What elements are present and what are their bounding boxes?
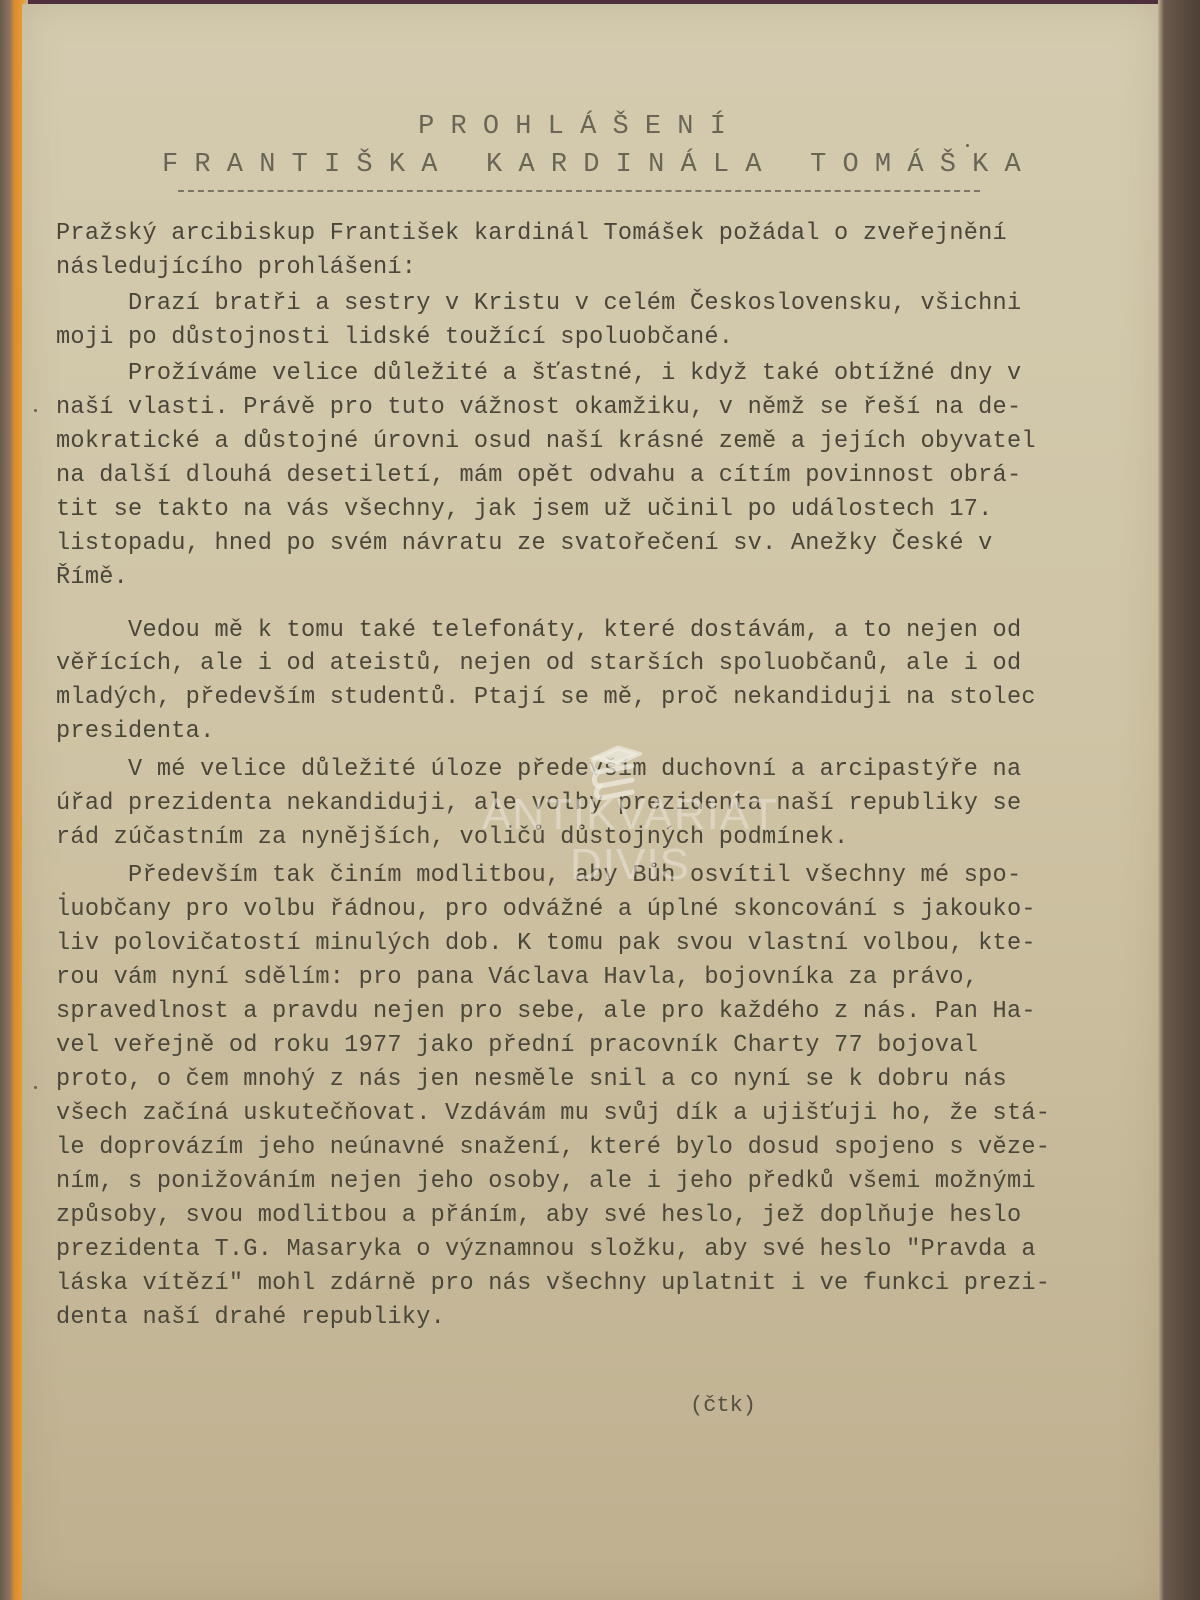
document-line: Vedou mě k tomu také telefonáty, které d… bbox=[56, 617, 1021, 644]
document-line: Pražský arcibiskup František kardinál To… bbox=[56, 220, 1007, 247]
document-line: následujícího prohlášení: bbox=[56, 254, 416, 281]
title-underline bbox=[178, 190, 980, 192]
photo-backdrop-right bbox=[1158, 0, 1200, 1600]
document-title: P R O H L Á Š E N Í bbox=[22, 112, 1122, 142]
paper-speck bbox=[34, 1086, 37, 1089]
document-line: Drazí bratři a sestry v Kristu v celém Č… bbox=[56, 290, 1021, 317]
document-line: naší vlasti. Právě pro tuto vážnost okam… bbox=[56, 394, 1021, 421]
document-line: luobčany pro volbu řádnou, pro odvážné a… bbox=[56, 896, 1036, 923]
document-line: spravedlnost a pravdu nejen pro sebe, al… bbox=[56, 998, 1036, 1025]
document-line: ním, s ponižováním nejen jeho osoby, ale… bbox=[56, 1168, 1036, 1195]
typewritten-document: P R O H L Á Š E N Í F R A N T I Š K A K … bbox=[22, 4, 1158, 1600]
document-line: věřících, ale i od ateistů, nejen od sta… bbox=[56, 650, 1021, 677]
document-line: všech začíná uskutečňovat. Vzdávám mu sv… bbox=[56, 1100, 1050, 1127]
document-line: způsoby, svou modlitbou a přáním, aby sv… bbox=[56, 1202, 1021, 1229]
document-line: Římě. bbox=[56, 564, 128, 591]
document-line: liv polovičatostí minulých dob. K tomu p… bbox=[56, 930, 1036, 957]
paper-speck bbox=[966, 144, 969, 147]
document-line: mladých, především studentů. Ptají se mě… bbox=[56, 684, 1036, 711]
paper-speck bbox=[34, 409, 37, 412]
document-line: láska vítězí" mohl zdárně pro nás všechn… bbox=[56, 1270, 1050, 1297]
document-line: mokratické a důstojné úrovni osud naší k… bbox=[56, 428, 1036, 455]
document-line: presidenta. bbox=[56, 718, 215, 745]
document-line: listopadu, hned po svém návratu ze svato… bbox=[56, 530, 993, 557]
document-line: na další dlouhá desetiletí, mám opět odv… bbox=[56, 462, 1021, 489]
document-line: V mé velice důležité úloze především duc… bbox=[56, 756, 1021, 783]
document-line: moji po důstojnosti lidské toužící spolu… bbox=[56, 324, 733, 351]
watermark-text: ANTIKVARIÁT DIVIS bbox=[440, 790, 820, 890]
document-line: prezidenta T.G. Masaryka o významnou slo… bbox=[56, 1236, 1036, 1263]
agency-signoff: (čtk) bbox=[690, 1393, 756, 1418]
document-line: rou vám nyní sdělím: pro pana Václava Ha… bbox=[56, 964, 978, 991]
document-line: le doprovázím jeho neúnavné snažení, kte… bbox=[56, 1134, 1050, 1161]
paper-speck bbox=[62, 892, 65, 895]
document-line: proto, o čem mnohý z nás jen nesměle sni… bbox=[56, 1066, 1007, 1093]
document-line: tit se takto na vás všechny, jak jsem už… bbox=[56, 496, 993, 523]
document-subtitle: F R A N T I Š K A K A R D I N Á L A T O … bbox=[162, 150, 1021, 180]
document-page: P R O H L Á Š E N Í F R A N T I Š K A K … bbox=[22, 4, 1158, 1600]
document-line: vel veřejně od roku 1977 jako přední pra… bbox=[56, 1032, 978, 1059]
document-line: denta naší drahé republiky. bbox=[56, 1304, 445, 1331]
document-line: Prožíváme velice důležité a šťastné, i k… bbox=[56, 360, 1021, 387]
